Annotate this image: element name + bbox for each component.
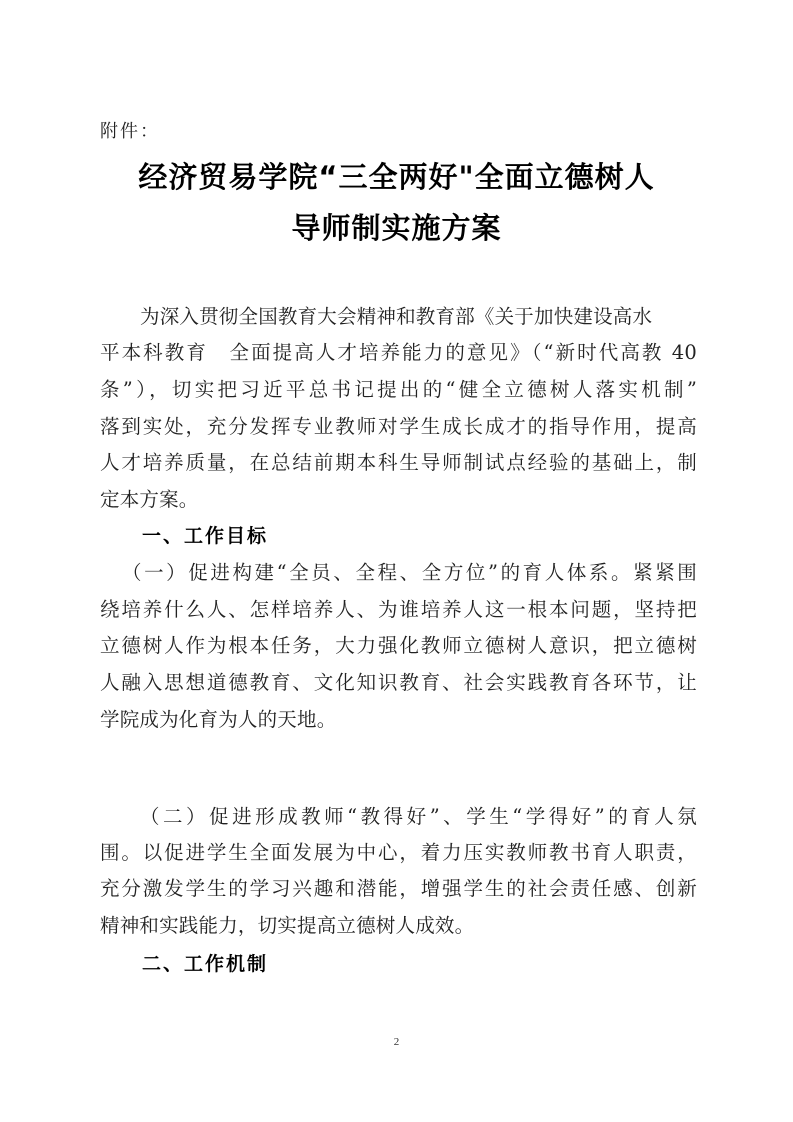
goal-item-2-line: （二）促进形成教师“教得好”、学生“学得好”的育人氛	[140, 799, 697, 835]
document-page: 附件： 经济贸易学院“三全两好"全面立德树人 导师制实施方案 为深入贯彻全国教育…	[0, 0, 793, 1122]
goal-item-1-line: （一）促进构建“全员、全程、全方位”的育人体系。紧紧围	[122, 555, 697, 591]
document-title-line-1: 经济贸易学院“三全两好"全面立德树人	[0, 158, 793, 196]
goal-item-2-line: 精神和实践能力，切实提高立德树人成效。	[100, 908, 474, 944]
goal-item-2-line: 围。以促进学生全面发展为中心，着力压实教师教书育人职责，	[100, 835, 697, 871]
intro-paragraph-line: 条”），切实把习近平总书记提出的“健全立德树人落实机制”	[100, 372, 697, 408]
goal-item-1-line: 学院成为化育为人的天地。	[100, 702, 336, 738]
goal-item-1-line: 绕培养什么人、怎样培养人、为谁培养人这一根本问题，坚持把	[100, 592, 697, 628]
section-heading-goals: 一、工作目标	[142, 518, 268, 554]
intro-paragraph-line: 定本方案。	[100, 482, 199, 518]
document-title-line-2: 导师制实施方案	[0, 209, 793, 247]
page-number: 2	[0, 1036, 793, 1048]
goal-item-1-line: 立德树人作为根本任务，大力强化教师立德树人意识，把立德树	[100, 628, 697, 664]
intro-paragraph-line: 人才培养质量，在总结前期本科生导师制试点经验的基础上，制	[100, 445, 697, 481]
attachment-label: 附件：	[100, 120, 160, 144]
intro-paragraph-line: 平本科教育 全面提高人才培养能力的意见》（“新时代高教 40	[100, 335, 697, 371]
goal-item-2-line: 充分激发学生的学习兴趣和潜能，增强学生的社会责任感、创新	[100, 871, 697, 907]
intro-paragraph-line: 落到实处，充分发挥专业教师对学生成长成才的指导作用，提高	[100, 409, 697, 445]
goal-item-1-line: 人融入思想道德教育、文化知识教育、社会实践教育各环节，让	[100, 665, 697, 701]
section-heading-mechanism: 二、工作机制	[142, 946, 268, 982]
intro-paragraph-line: 为深入贯彻全国教育大会精神和教育部《关于加快建设高水	[140, 299, 652, 335]
